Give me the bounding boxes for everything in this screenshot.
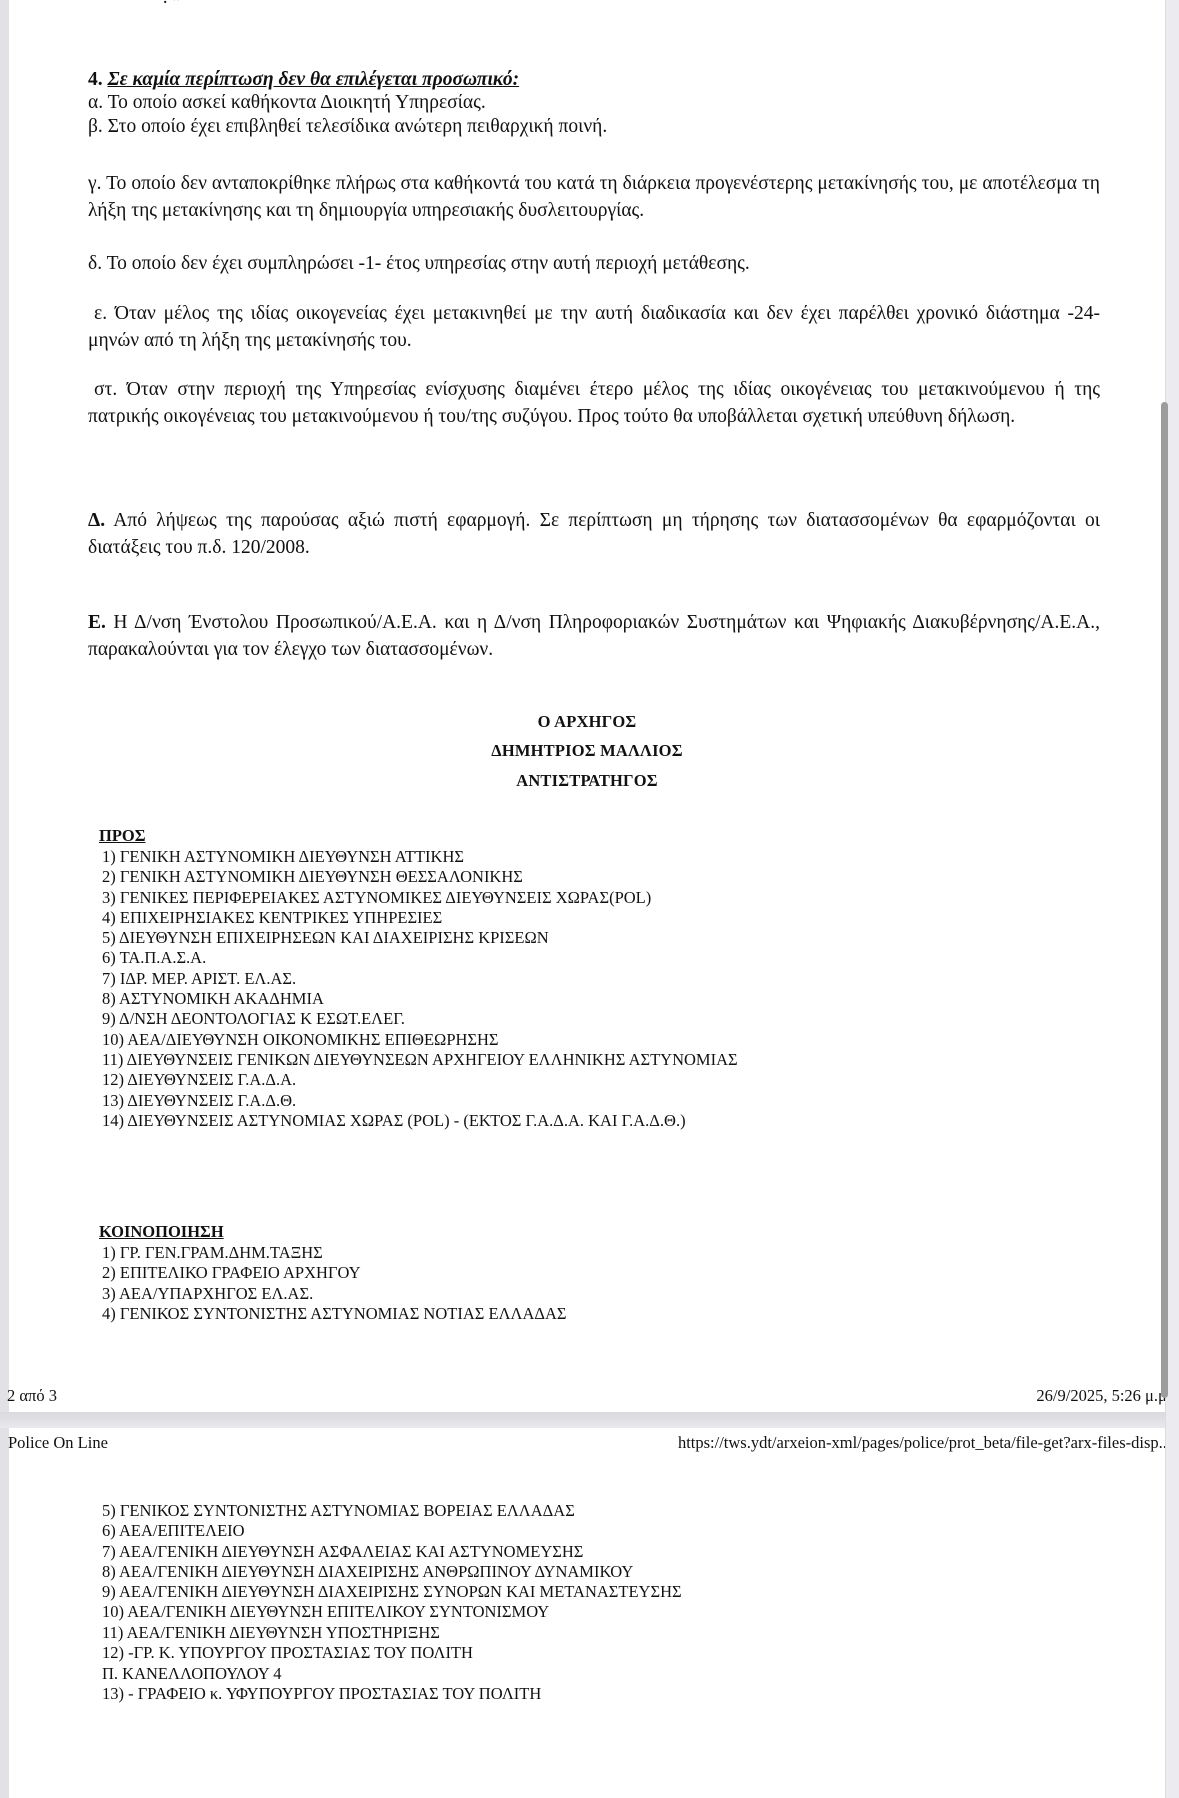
recipient-item: 7) ΙΔΡ. ΜΕΡ. ΑΡΙΣΤ. ΕΛ.ΑΣ. (102, 969, 738, 989)
item-delta: δ. Το οποίο δεν έχει συμπληρώσει -1- έτο… (88, 250, 750, 277)
section-4-number: 4. (88, 69, 103, 90)
cc-item: 5) ΓΕΝΙΚΟΣ ΣΥΝΤΟΝΙΣΤΗΣ ΑΣΤΥΝΟΜΙΑΣ ΒΟΡΕΙΑ… (102, 1501, 682, 1521)
recipient-item: 5) ΔΙΕΥΘΥΝΣΗ ΕΠΙΧΕΙΡΗΣΕΩΝ ΚΑΙ ΔΙΑΧΕΙΡΙΣΗ… (102, 928, 738, 948)
recipient-item: 13) ΔΙΕΥΘΥΝΣΕΙΣ Γ.Α.Δ.Θ. (102, 1091, 738, 1111)
item-beta: β. Στο οποίο έχει επιβληθεί τελεσίδικα α… (88, 113, 607, 140)
section-e: Ε. Η Δ/νση Ένστολου Προσωπικού/Α.Ε.Α. κα… (88, 609, 1100, 663)
page-url[interactable]: https://tws.ydt/arxeion-xml/pages/police… (678, 1433, 1171, 1453)
recipient-item: 14) ΔΙΕΥΘΥΝΣΕΙΣ ΑΣΤΥΝΟΜΙΑΣ ΧΩΡΑΣ (POL) -… (102, 1111, 738, 1131)
cc-item: 1) ΓΡ. ΓΕΝ.ΓΡΑΜ.ΔΗΜ.ΤΑΞΗΣ (102, 1243, 567, 1263)
item-st: στ. Όταν στην περιοχή της Υπηρεσίας ενίσ… (88, 376, 1100, 430)
cc-item: 2) ΕΠΙΤΕΛΙΚΟ ΓΡΑΦΕΙΟ ΑΡΧΗΓΟΥ (102, 1263, 567, 1283)
cc-item: 3) ΑΕΑ/ΥΠΑΡΧΗΓΟΣ ΕΛ.ΑΣ. (102, 1284, 567, 1304)
cc-item-13: 13) - ΓΡΑΦΕΙΟ κ. ΥΦΥΠΟΥΡΓΟΥ ΠΡΟΣΤΑΣΙΑΣ Τ… (102, 1684, 541, 1704)
address-line: Π. ΚΑΝΕΛΛΟΠΟΥΛΟΥ 4 (102, 1664, 281, 1684)
cc-item: 9) ΑΕΑ/ΓΕΝΙΚΗ ΔΙΕΥΘΥΝΣΗ ΔΙΑΧΕΙΡΙΣΗΣ ΣΥΝΟ… (102, 1582, 682, 1602)
cc-heading: ΚΟΙΝΟΠΟΙΗΣΗ (99, 1222, 224, 1242)
section-e-text: Η Δ/νση Ένστολου Προσωπικού/Α.Ε.Α. και η… (88, 612, 1100, 660)
document-page-3: Police On Line https://tws.ydt/arxeion-x… (9, 1428, 1165, 1798)
cc-item: 12) -ΓΡ. Κ. ΥΠΟΥΡΓΟΥ ΠΡΟΣΤΑΣΙΑΣ ΤΟΥ ΠΟΛΙ… (102, 1643, 682, 1663)
recipient-item: 9) Δ/ΝΣΗ ΔΕΟΝΤΟΛΟΓΙΑΣ Κ ΕΣΩΤ.ΕΛΕΓ. (102, 1009, 738, 1029)
signature-name: ΔΗΜΗΤΡΙΟΣ ΜΑΛΛΙΟΣ (9, 741, 1165, 761)
recipient-item: 1) ΓΕΝΙΚΗ ΑΣΤΥΝΟΜΙΚΗ ΔΙΕΥΘΥΝΣΗ ΑΤΤΙΚΗΣ (102, 847, 738, 867)
section-d: Δ. Από λήψεως της παρούσας αξιώ πιστή εφ… (88, 507, 1100, 561)
cc-list: 1) ΓΡ. ΓΕΝ.ΓΡΑΜ.ΔΗΜ.ΤΑΞΗΣ2) ΕΠΙΤΕΛΙΚΟ ΓΡ… (102, 1243, 567, 1324)
document-page-2: · ” 4. Σε καμία περίπτωση δεν θα επιλέγε… (9, 0, 1165, 1412)
section-e-letter: Ε. (88, 612, 106, 633)
page-indicator: 2 από 3 (7, 1386, 57, 1406)
item-gamma: γ. Το οποίο δεν ανταποκρίθηκε πλήρως στα… (88, 170, 1100, 224)
viewer-left-margin (0, 0, 9, 1798)
recipient-item: 3) ΓΕΝΙΚΕΣ ΠΕΡΙΦΕΡΕΙΑΚΕΣ ΑΣΤΥΝΟΜΙΚΕΣ ΔΙΕ… (102, 888, 738, 908)
page-separator (0, 1412, 1179, 1428)
section-d-letter: Δ. (88, 510, 105, 531)
cc-item: 6) ΑΕΑ/ΕΠΙΤΕΛΕΙΟ (102, 1521, 682, 1541)
cc-item: 4) ΓΕΝΙΚΟΣ ΣΥΝΤΟΝΙΣΤΗΣ ΑΣΤΥΝΟΜΙΑΣ ΝΟΤΙΑΣ… (102, 1304, 567, 1324)
section-4-title: Σε καμία περίπτωση δεν θα επιλέγεται προ… (108, 69, 520, 90)
cc-item: 11) ΑΕΑ/ΓΕΝΙΚΗ ΔΙΕΥΘΥΝΣΗ ΥΠΟΣΤΗΡΙΞΗΣ (102, 1623, 682, 1643)
recipient-item: 12) ΔΙΕΥΘΥΝΣΕΙΣ Γ.Α.Δ.Α. (102, 1070, 738, 1090)
print-timestamp: 26/9/2025, 5:26 μ.μ. (1036, 1386, 1171, 1406)
cc-item: 10) ΑΕΑ/ΓΕΝΙΚΗ ΔΙΕΥΘΥΝΣΗ ΕΠΙΤΕΛΙΚΟΥ ΣΥΝΤ… (102, 1602, 682, 1622)
recipient-item: 10) ΑΕΑ/ΔΙΕΥΘΥΝΣΗ ΟΙΚΟΝΟΜΙΚΗΣ ΕΠΙΘΕΩΡΗΣΗ… (102, 1030, 738, 1050)
signature-rank: ΑΝΤΙΣΤΡΑΤΗΓΟΣ (9, 771, 1165, 791)
recipient-item: 6) ΤΑ.Π.Α.Σ.Α. (102, 948, 738, 968)
section-d-text: Από λήψεως της παρούσας αξιώ πιστή εφαρμ… (88, 510, 1100, 558)
cc-item: 8) ΑΕΑ/ΓΕΝΙΚΗ ΔΙΕΥΘΥΝΣΗ ΔΙΑΧΕΙΡΙΣΗΣ ΑΝΘΡ… (102, 1562, 682, 1582)
recipient-item: 11) ΔΙΕΥΘΥΝΣΕΙΣ ΓΕΝΙΚΩΝ ΔΙΕΥΘΥΝΣΕΩΝ ΑΡΧΗ… (102, 1050, 738, 1070)
cc-list-continued: 5) ΓΕΝΙΚΟΣ ΣΥΝΤΟΝΙΣΤΗΣ ΑΣΤΥΝΟΜΙΑΣ ΒΟΡΕΙΑ… (102, 1501, 682, 1663)
cc-item: 7) ΑΕΑ/ΓΕΝΙΚΗ ΔΙΕΥΘΥΝΣΗ ΑΣΦΑΛΕΙΑΣ ΚΑΙ ΑΣ… (102, 1542, 682, 1562)
item-alpha: α. Το οποίο ασκεί καθήκοντα Διοικητή Υπη… (88, 89, 486, 116)
recipient-item: 4) ΕΠΙΧΕΙΡΗΣΙΑΚΕΣ ΚΕΝΤΡΙΚΕΣ ΥΠΗΡΕΣΙΕΣ (102, 908, 738, 928)
signature-title: Ο ΑΡΧΗΓΟΣ (9, 712, 1165, 732)
item-epsilon: ε. Όταν μέλος της ιδίας οικογενείας έχει… (88, 300, 1100, 354)
recipients-heading: ΠΡΟΣ (99, 826, 146, 846)
recipients-list: 1) ΓΕΝΙΚΗ ΑΣΤΥΝΟΜΙΚΗ ΔΙΕΥΘΥΝΣΗ ΑΤΤΙΚΗΣ2)… (102, 847, 738, 1131)
vertical-scrollbar[interactable] (1161, 402, 1168, 1398)
recipient-item: 2) ΓΕΝΙΚΗ ΑΣΤΥΝΟΜΙΚΗ ΔΙΕΥΘΥΝΣΗ ΘΕΣΣΑΛΟΝΙ… (102, 867, 738, 887)
cut-off-text: · ” (162, 0, 182, 14)
recipient-item: 8) ΑΣΤΥΝΟΜΙΚΗ ΑΚΑΔΗΜΙΑ (102, 989, 738, 1009)
site-title: Police On Line (8, 1433, 108, 1453)
